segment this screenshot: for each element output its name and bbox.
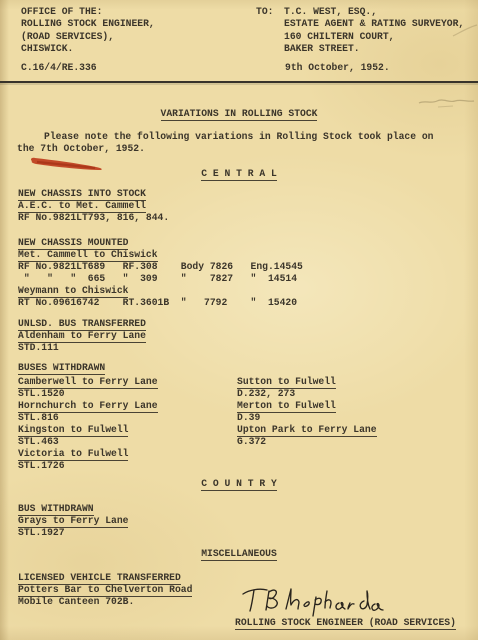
sender-address-line: ROLLING STOCK ENGINEER, (21, 18, 155, 30)
route-line: Potters Bar to Chelverton Road (18, 584, 192, 595)
sender-address-line: OFFICE OF THE: (21, 6, 155, 18)
chassis-table-row: RT No.09616742 RT.3601B " 7792 " 15420 (18, 297, 297, 308)
divider-rule (0, 81, 478, 83)
intro-line-2: the 7th October, 1952. (17, 143, 145, 154)
route-line: Hornchurch to Ferry Lane (18, 400, 158, 411)
to-label: TO: (256, 6, 273, 17)
letter-page: OFFICE OF THE: ROLLING STOCK ENGINEER, (… (0, 0, 478, 640)
section-heading-miscellaneous: MISCELLANEOUS (0, 548, 478, 559)
route-line: A.E.C. to Met. Cammell (18, 200, 146, 211)
subsection-heading: BUS WITHDRAWN (18, 503, 94, 514)
fleet-detail-line: D.232, 273 (237, 388, 295, 399)
recipient-address-line: ESTATE AGENT & RATING SURVEYOR, (284, 18, 464, 30)
subsection-heading: NEW CHASSIS INTO STOCK (18, 188, 146, 199)
route-line: Camberwell to Ferry Lane (18, 376, 158, 387)
subsection-heading: BUSES WITHDRAWN (18, 362, 105, 373)
chassis-table-row: " " " 665 " 309 " 7827 " 14514 (18, 273, 297, 284)
route-line: Kingston to Fulwell (18, 424, 128, 435)
letter-date: 9th October, 1952. (285, 62, 390, 73)
recipient-address-line: BAKER STREET. (284, 43, 464, 55)
fleet-detail-line: STL.1726 (18, 460, 65, 471)
recipient-address-line: T.C. WEST, ESQ., (284, 6, 464, 18)
chassis-table-row: RF No.9821LT689 RF.308 Body 7826 Eng.145… (18, 261, 303, 272)
section-heading-central: C E N T R A L (0, 168, 478, 179)
document-title: VARIATIONS IN ROLLING STOCK (0, 108, 478, 119)
reference-number: C.16/4/RE.336 (21, 62, 97, 73)
sender-address: OFFICE OF THE: ROLLING STOCK ENGINEER, (… (21, 6, 155, 56)
fleet-detail-line: STL.816 (18, 412, 59, 423)
sender-address-line: CHISWICK. (21, 43, 155, 55)
fleet-detail-line: RF No.9821LT793, 816, 844. (18, 212, 169, 223)
subsection-heading: UNLSD. BUS TRANSFERRED (18, 318, 146, 329)
intro-line-1: Please note the following variations in … (44, 131, 434, 142)
signoff-role: ROLLING STOCK ENGINEER (ROAD SERVICES) (235, 617, 456, 628)
fleet-detail-line: G.372 (237, 436, 266, 447)
route-line: Met. Cammell to Chiswick (18, 249, 158, 260)
sender-address-line: (ROAD SERVICES), (21, 31, 155, 43)
fleet-detail-line: STL.463 (18, 436, 59, 447)
fleet-detail-line: STD.111 (18, 342, 59, 353)
route-line: Weymann to Chiswick (18, 285, 128, 296)
route-line: Victoria to Fulwell (18, 448, 128, 459)
route-line: Upton Park to Ferry Lane (237, 424, 377, 435)
signature-scribble (240, 584, 385, 620)
subsection-heading: LICENSED VEHICLE TRANSFERRED (18, 572, 181, 583)
subsection-heading: NEW CHASSIS MOUNTED (18, 237, 128, 248)
recipient-address-line: 160 CHILTERN COURT, (284, 31, 464, 43)
route-line: Merton to Fulwell (237, 400, 336, 411)
fleet-detail-line: Mobile Canteen 702B. (18, 596, 134, 607)
recipient-address: T.C. WEST, ESQ., ESTATE AGENT & RATING S… (284, 6, 464, 56)
section-heading-country: C O U N T R Y (0, 478, 478, 489)
route-line: Grays to Ferry Lane (18, 515, 128, 526)
fleet-detail-line: STL.1927 (18, 527, 65, 538)
route-line: Aldenham to Ferry Lane (18, 330, 146, 341)
pencil-smudge (452, 22, 478, 40)
fleet-detail-line: STL.1520 (18, 388, 65, 399)
fleet-detail-line: D.39 (237, 412, 260, 423)
route-line: Sutton to Fulwell (237, 376, 336, 387)
